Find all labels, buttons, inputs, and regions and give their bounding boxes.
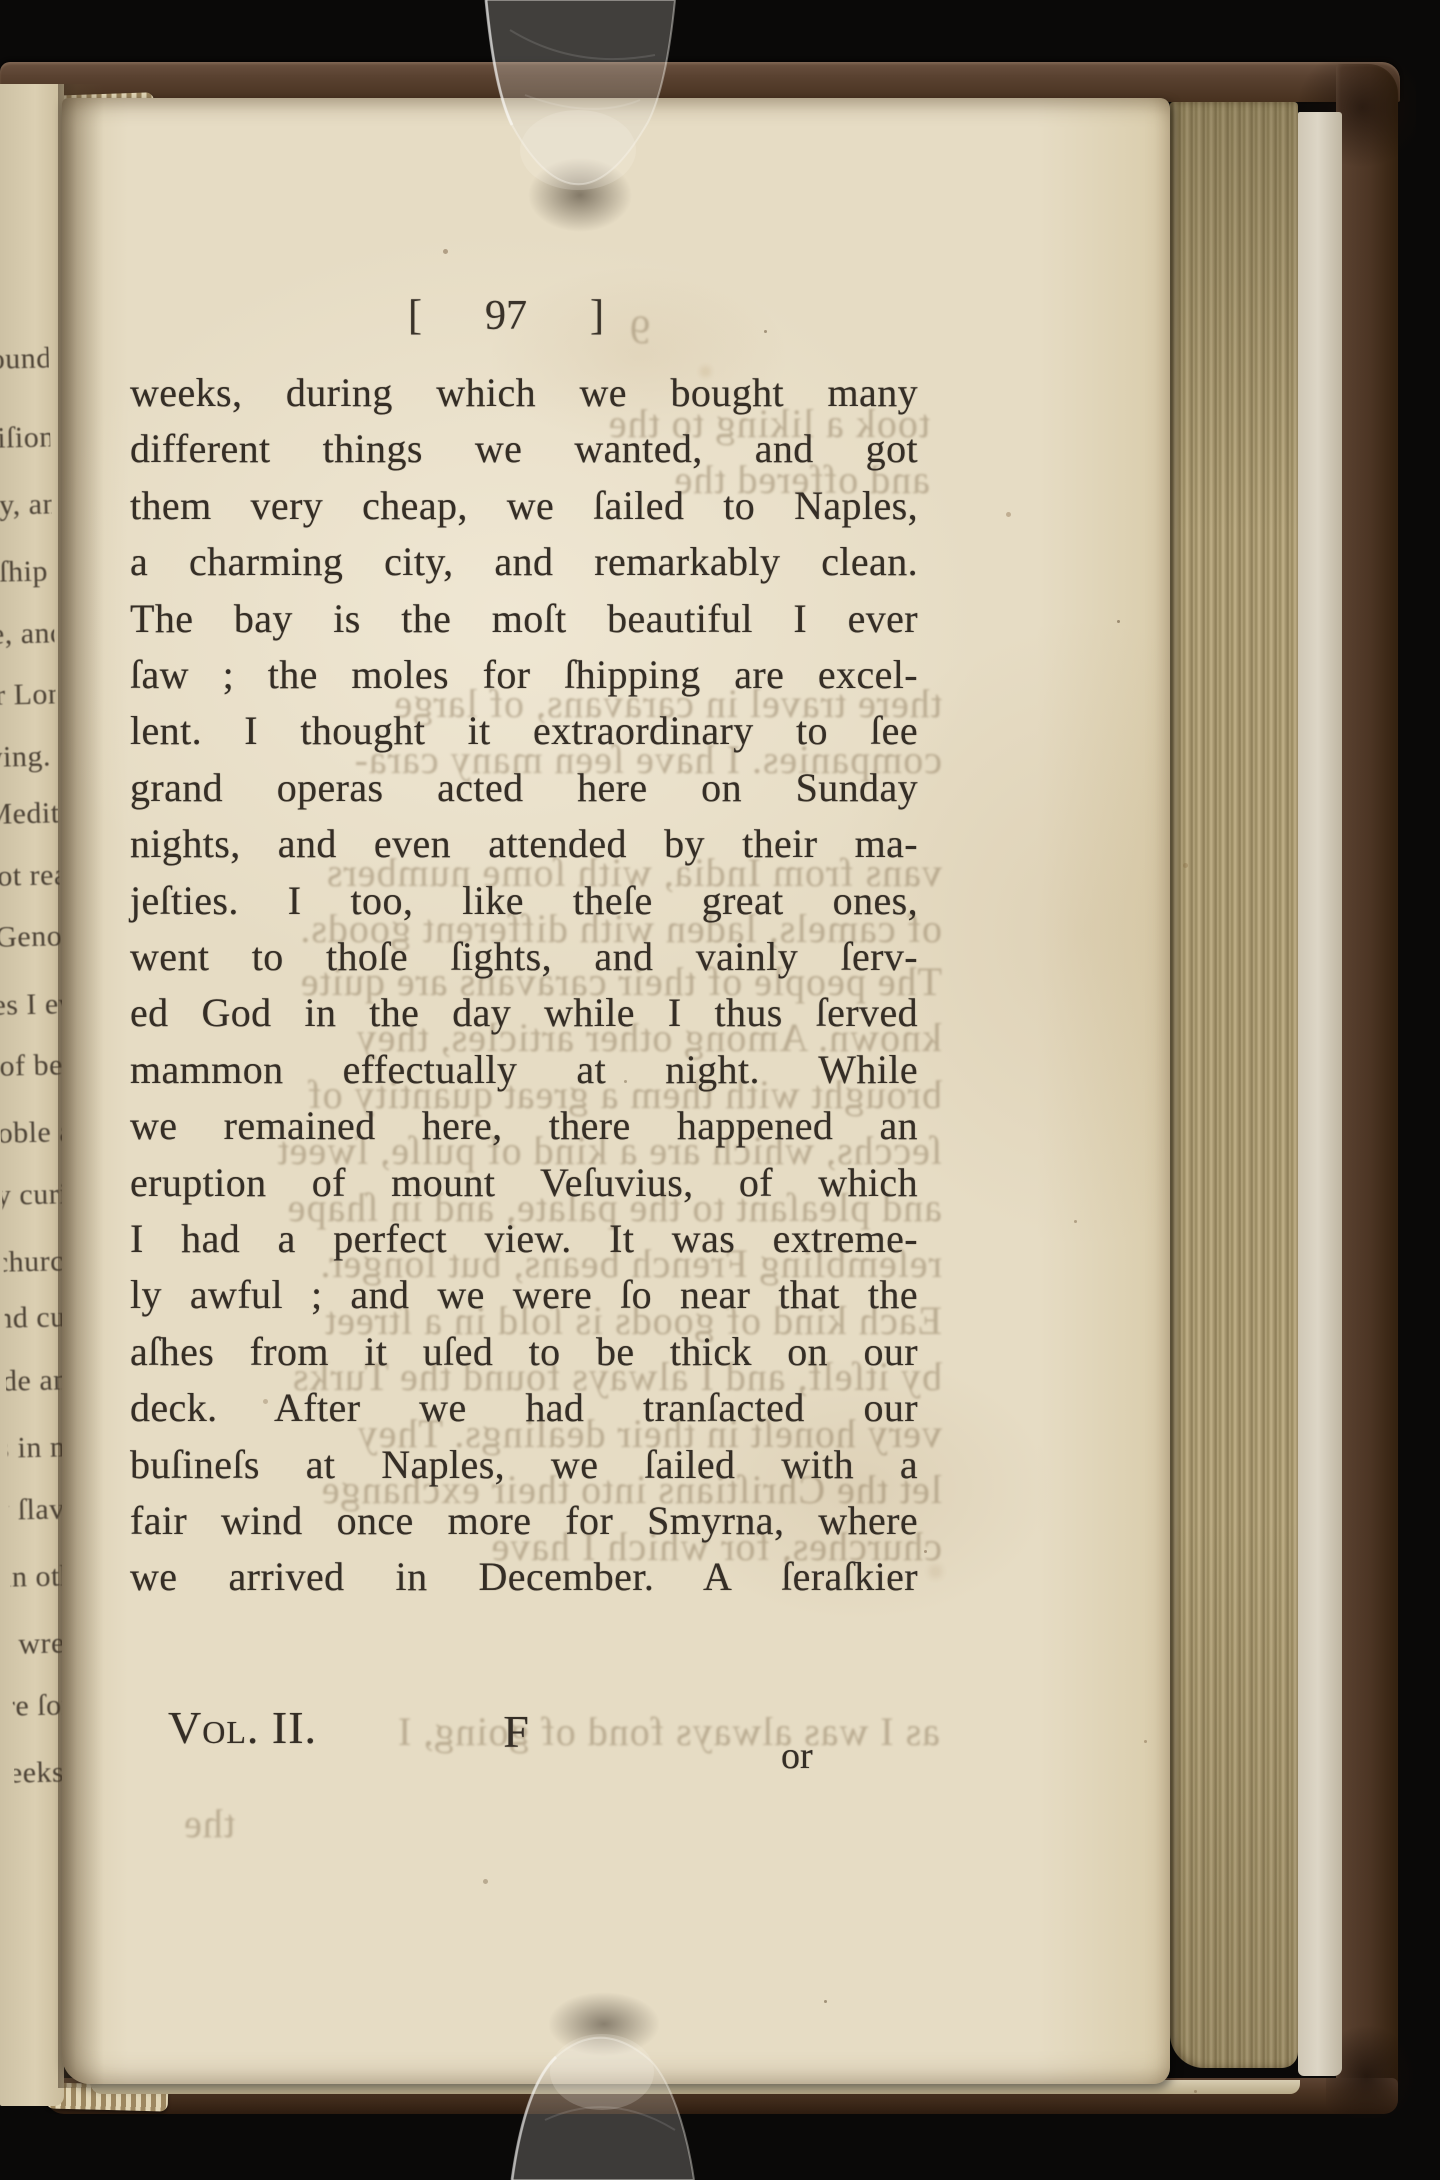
- text-line: ed God in the day while I thus ſerved: [130, 988, 918, 1040]
- text-line: we remained here, there happened an: [130, 1101, 918, 1153]
- catchword: or: [781, 1734, 813, 1778]
- text-line: eruption of mount Veſuvius, of which: [130, 1158, 918, 1210]
- page-number: 97: [485, 292, 527, 340]
- text-line: went to thoſe ſights, and vainly ſerv-: [130, 932, 918, 984]
- header-bracket-left: [: [408, 292, 422, 340]
- text-line: ly awful ; and we were ſo near that the: [130, 1270, 918, 1322]
- page-header: [ 97 ]: [408, 292, 604, 340]
- text-line: we arrived in December. A ſeraſkier: [130, 1552, 918, 1604]
- signature-mark: F: [494, 1705, 538, 1758]
- text-line: buſineſs at Naples, we ſailed with a: [130, 1440, 918, 1492]
- text-line: grand operas acted here on Sunday: [130, 763, 918, 815]
- text-line: deck. After we had tranſacted our: [130, 1383, 918, 1435]
- header-bracket-right: ]: [590, 292, 604, 340]
- clamp-shadow-top: [528, 158, 632, 232]
- text-line: ſaw ; the moles for ſhipping are excel-: [130, 650, 918, 702]
- text-line: I had a perfect view. It was extreme-: [130, 1214, 918, 1266]
- text-line: fair wind once more for Smyrna, where: [130, 1496, 918, 1548]
- text-line: aſhes from it uſed to be thick on our: [130, 1327, 918, 1379]
- printed-text-layer: [ 97 ] weeks, during which we bought man…: [0, 0, 1440, 2180]
- clamp-shadow-bottom: [548, 1992, 660, 2056]
- text-line: nights, and even attended by their ma-: [130, 819, 918, 871]
- text-line: weeks, during which we bought many: [130, 368, 918, 420]
- volume-label: Vol. II.: [168, 1701, 317, 1754]
- text-line: them very cheap, we ſailed to Naples,: [130, 481, 918, 533]
- text-line: different things we wanted, and got: [130, 424, 918, 476]
- text-line: lent. I thought it extraordinary to ſee: [130, 706, 918, 758]
- text-line: a charming city, and remarkably clean.: [130, 537, 918, 589]
- text-line: The bay is the moſt beautiful I ever: [130, 594, 918, 646]
- text-line: jeſties. I too, like theſe great ones,: [130, 876, 918, 928]
- text-line: mammon effectually at night. While: [130, 1045, 918, 1097]
- gutter-crease-shadow: [58, 84, 104, 2088]
